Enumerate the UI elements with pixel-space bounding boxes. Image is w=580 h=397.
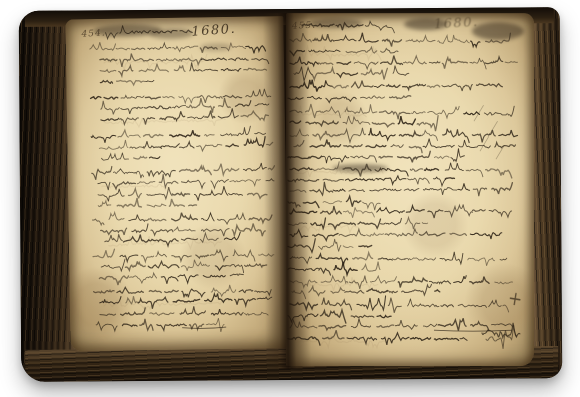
right-page-handwriting <box>286 13 534 366</box>
left-page-handwriting <box>65 16 288 351</box>
open-book: 454. 1680. 455. 1680. + <box>19 7 563 382</box>
left-page: 454. 1680. <box>65 16 288 351</box>
book-page-edges-bottom <box>25 346 558 382</box>
book-page-edges-left <box>19 11 78 382</box>
right-page-year-heading: 1680. <box>434 15 479 32</box>
cross-annotation-mark: + <box>506 287 524 312</box>
book-gutter-shadow <box>263 13 311 369</box>
book-page-edges-top <box>25 7 554 27</box>
left-page-year-heading: 1680. <box>191 22 237 40</box>
right-page: 455. 1680. + <box>286 13 534 366</box>
photo-background: 454. 1680. 455. 1680. + <box>0 0 580 397</box>
book-page-edges-right <box>526 7 563 378</box>
right-page-number: 455. <box>292 21 316 32</box>
left-page-number: 454. <box>81 28 106 39</box>
